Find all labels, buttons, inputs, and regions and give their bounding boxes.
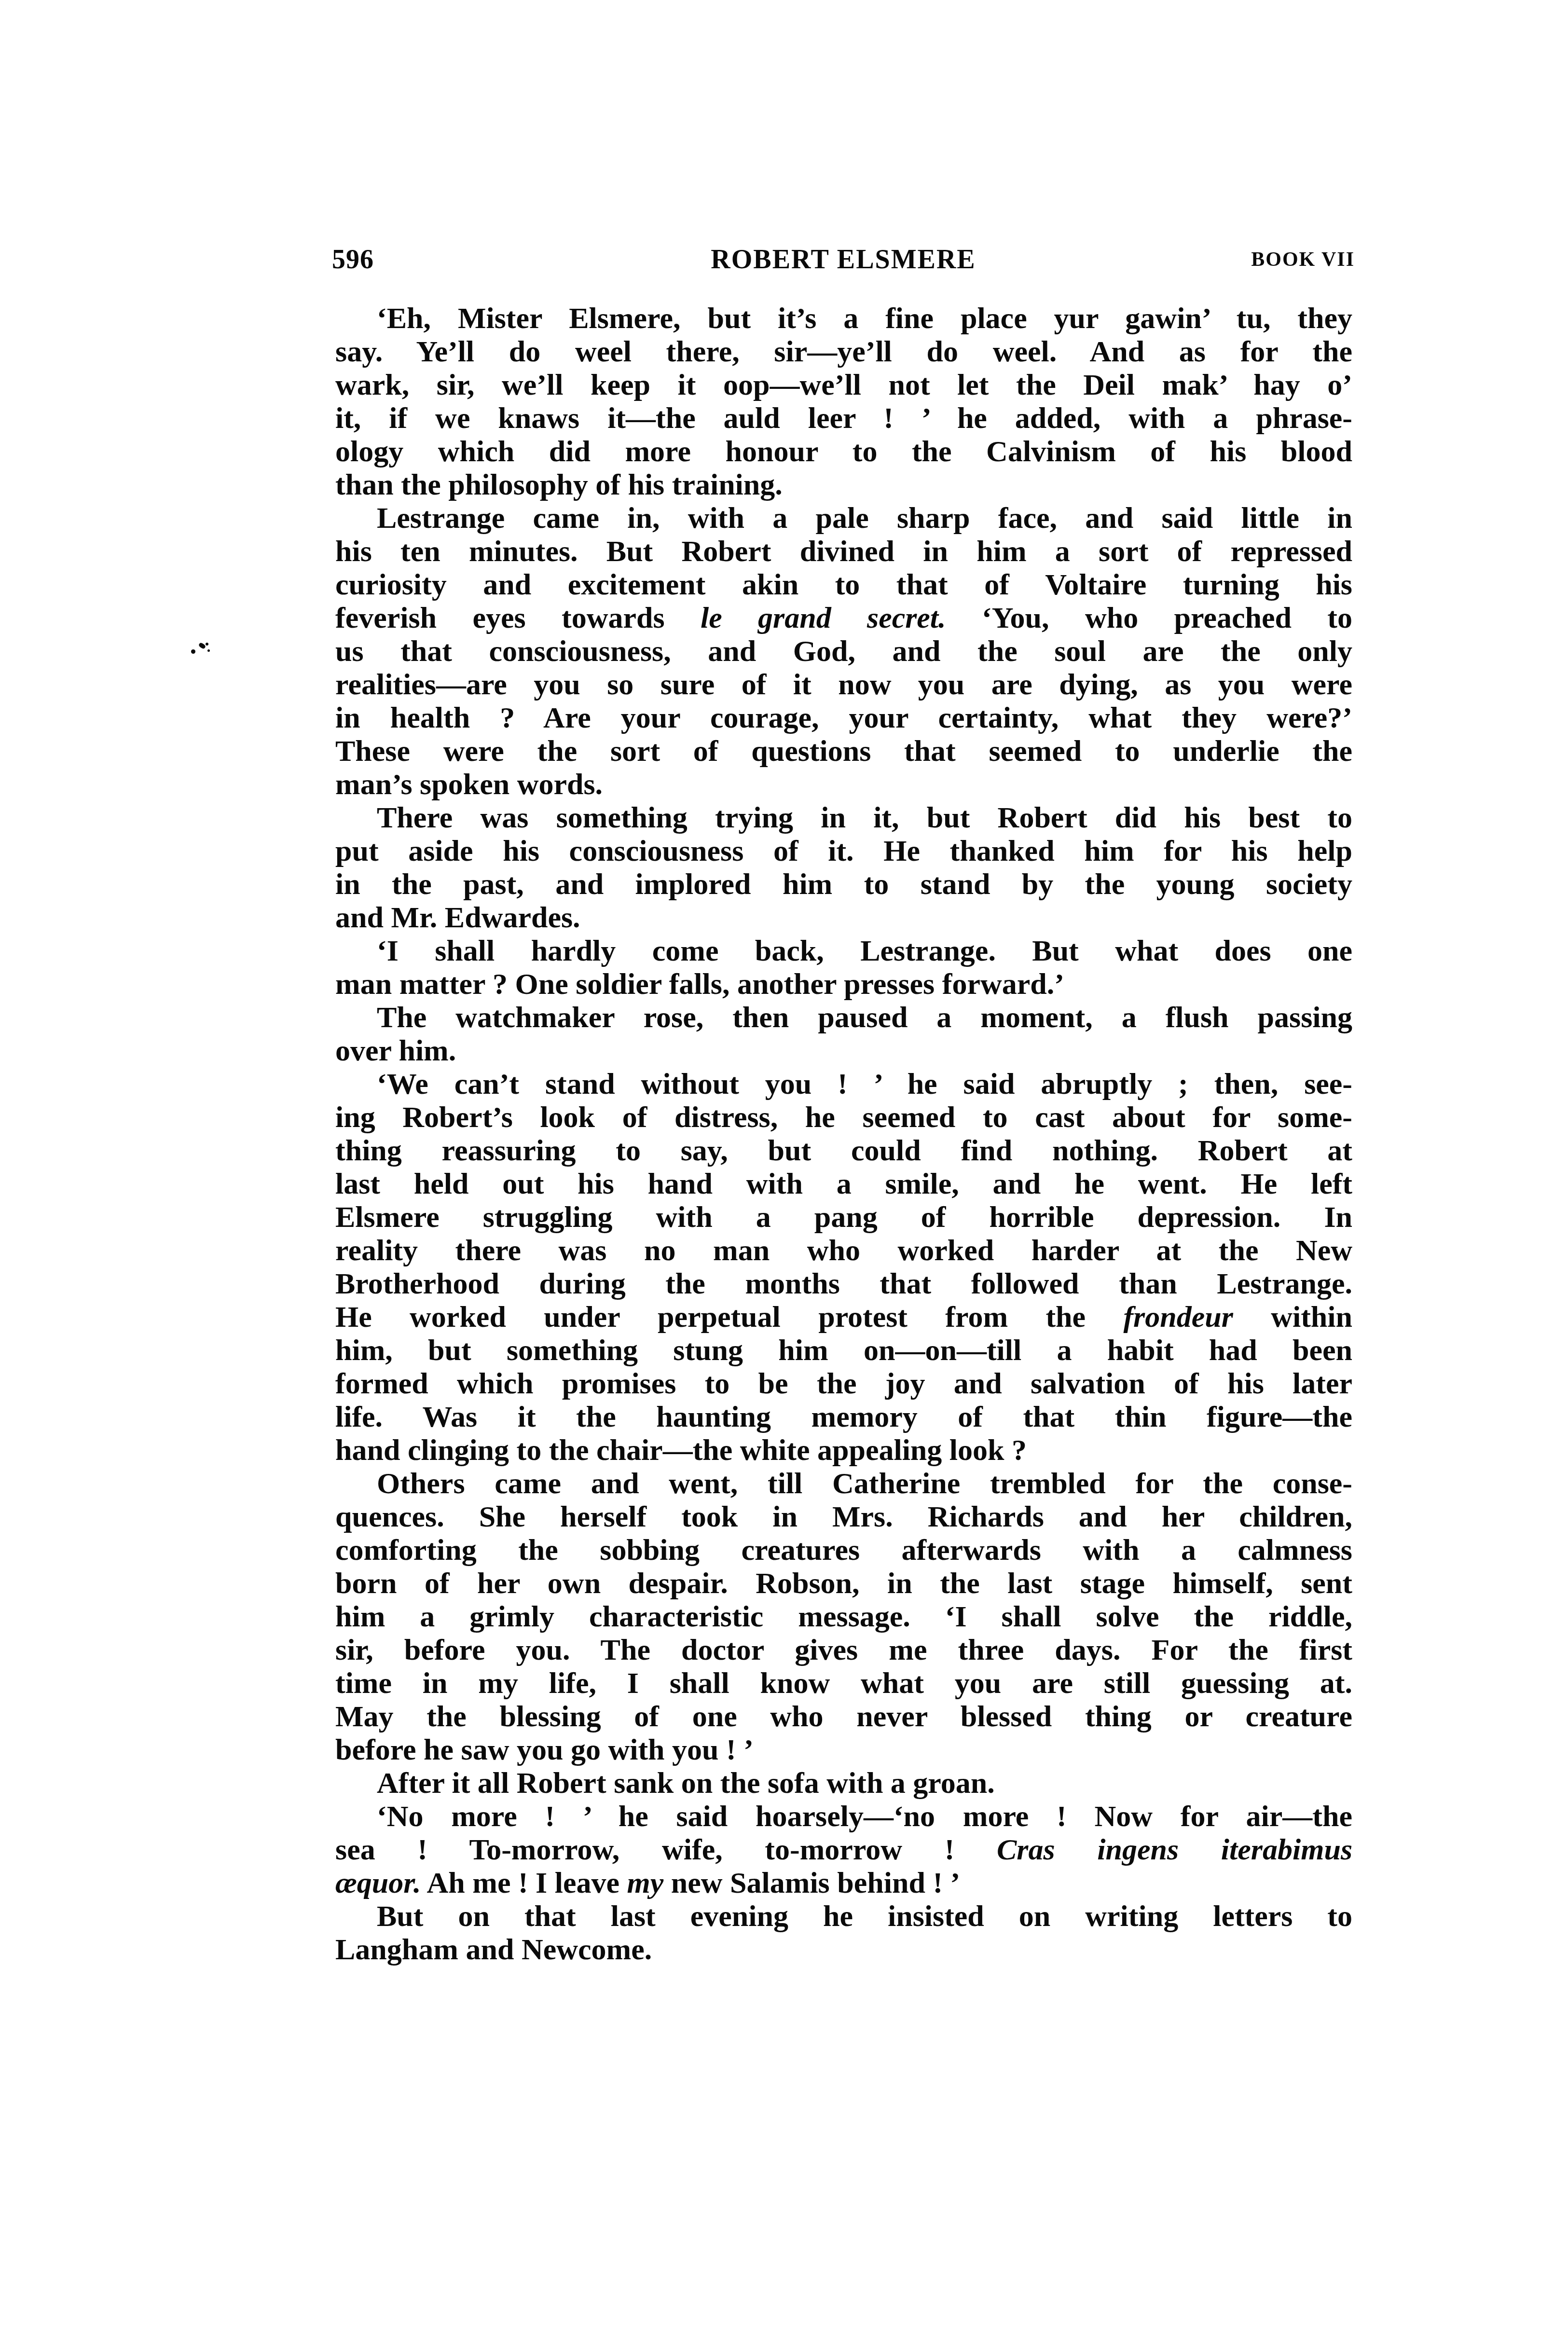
text-run: sea ! To-morrow, wife, to-morrow ! [335,1833,997,1866]
paragraph: ‘Eh, Mister Elsmere, but it’s a fine pla… [335,302,1352,502]
italic-text: le grand secret. [701,602,946,634]
text-run: man’s spoken words. [335,768,603,801]
text-run: in the past, and implored him to stand b… [335,868,1352,901]
text-line: it, if we knaws it—the auld leer ! ’ he … [335,402,1352,435]
text-line: him, but something stung him on—on—till … [335,1334,1352,1367]
text-line: wark, sir, we’ll keep it oop—we’ll not l… [335,369,1352,402]
text-line: But on that last evening he insisted on … [335,1900,1352,1933]
text-run: Brotherhood during the months that follo… [335,1267,1352,1300]
text-run: The watchmaker rose, then paused a momen… [377,1001,1352,1034]
text-line: thing reassuring to say, but could find … [335,1134,1352,1168]
text-run: time in my life, I shall know what you a… [335,1667,1352,1700]
text-run: hand clinging to the chair—the white app… [335,1434,1027,1467]
text-line: Langham and Newcome. [335,1933,1352,1967]
text-line: realities—are you so sure of it now you … [335,668,1352,701]
text-line: These were the sort of questions that se… [335,735,1352,768]
text-line: man’s spoken words. [335,768,1352,801]
text-line: over him. [335,1034,1352,1068]
text-run: Lestrange came in, with a pale sharp fac… [377,502,1352,535]
text-line: sea ! To-morrow, wife, to-morrow ! Cras … [335,1833,1352,1867]
text-line: sir, before you. The doctor gives me thr… [335,1634,1352,1667]
text-line: The watchmaker rose, then paused a momen… [335,1001,1352,1034]
body-text: ‘Eh, Mister Elsmere, but it’s a fine pla… [335,302,1352,1967]
paragraph: ‘We can’t stand without you ! ’ he said … [335,1068,1352,1467]
text-run: last held out his hand with a smile, and… [335,1168,1352,1200]
text-run: within [1233,1301,1352,1334]
text-run: These were the sort of questions that se… [335,735,1352,768]
text-line: born of her own despair. Robson, in the … [335,1567,1352,1600]
text-run: He worked under perpetual protest from t… [335,1301,1123,1334]
italic-text: frondeur [1123,1301,1233,1334]
text-line: us that consciousness, and God, and the … [335,635,1352,668]
text-line: Others came and went, till Catherine tre… [335,1467,1352,1500]
text-run: before he saw you go with you ! ’ [335,1733,754,1766]
text-line: ‘I shall hardly come back, Lestrange. Bu… [335,935,1352,968]
text-line: time in my life, I shall know what you a… [335,1667,1352,1700]
text-run: life. Was it the haunting memory of that… [335,1401,1352,1433]
text-line: Elsmere struggling with a pang of horrib… [335,1201,1352,1234]
text-line: say. Ye’ll do weel there, sir—ye’ll do w… [335,335,1352,369]
text-run: May the blessing of one who never blesse… [335,1700,1352,1733]
text-run: ‘I shall hardly come back, Lestrange. Bu… [377,935,1352,967]
text-line: Lestrange came in, with a pale sharp fac… [335,502,1352,535]
text-line: ‘We can’t stand without you ! ’ he said … [335,1068,1352,1101]
text-line: ing Robert’s look of distress, he seemed… [335,1101,1352,1134]
text-run: it, if we knaws it—the auld leer ! ’ he … [335,402,1352,435]
text-line: curiosity and excitement akin to that of… [335,568,1352,602]
text-line: æquor. Ah me ! I leave my new Salamis be… [335,1867,1352,1900]
text-line: quences. She herself took in Mrs. Richar… [335,1500,1352,1534]
text-run: Others came and went, till Catherine tre… [377,1467,1352,1500]
text-run: There was something trying in it, but Ro… [377,801,1352,834]
paragraph: Lestrange came in, with a pale sharp fac… [335,502,1352,801]
book-section: BOOK VII [1251,248,1355,271]
text-run: him, but something stung him on—on—till … [335,1334,1352,1367]
text-line: him a grimly characteristic message. ‘I … [335,1600,1352,1634]
text-run: man matter ? One soldier falls, another … [335,968,1064,1001]
text-line: hand clinging to the chair—the white app… [335,1434,1352,1467]
text-run: ‘Eh, Mister Elsmere, but it’s a fine pla… [377,302,1352,335]
text-line: his ten minutes. But Robert divined in h… [335,535,1352,568]
text-line: formed which promises to be the joy and … [335,1367,1352,1401]
paragraph: ‘I shall hardly come back, Lestrange. Bu… [335,935,1352,1001]
text-run: and Mr. Edwardes. [335,901,580,934]
text-line: reality there was no man who worked hard… [335,1234,1352,1267]
text-run: After it all Robert sank on the sofa wit… [377,1767,995,1800]
text-run: new Salamis behind ! ’ [663,1867,960,1899]
text-run: formed which promises to be the joy and … [335,1367,1352,1400]
italic-text: æquor. [335,1867,421,1899]
text-run: put aside his consciousness of it. He th… [335,835,1352,867]
text-line: May the blessing of one who never blesse… [335,1700,1352,1733]
text-run: him a grimly characteristic message. ‘I … [335,1600,1352,1633]
text-run: sir, before you. The doctor gives me thr… [335,1634,1352,1666]
text-run: thing reassuring to say, but could find … [335,1134,1352,1167]
text-run: than the philosophy of his training. [335,468,783,501]
text-line: put aside his consciousness of it. He th… [335,835,1352,868]
text-line: last held out his hand with a smile, and… [335,1168,1352,1201]
text-run: ‘You, who preached to [946,602,1352,634]
text-run: say. Ye’ll do weel there, sir—ye’ll do w… [335,335,1352,368]
running-title: ROBERT ELSMERE [332,244,1355,275]
text-line: ‘No more ! ’ he said hoarsely—‘no more !… [335,1800,1352,1833]
text-run: reality there was no man who worked hard… [335,1234,1352,1267]
paragraph: ‘No more ! ’ he said hoarsely—‘no more !… [335,1800,1352,1900]
italic-text: my [627,1867,664,1899]
text-line: After it all Robert sank on the sofa wit… [335,1767,1352,1800]
book-page: 596 ROBERT ELSMERE BOOK VII ‘Eh, Mister … [0,0,1568,2352]
text-run: realities—are you so sure of it now you … [335,668,1352,701]
text-run: ‘We can’t stand without you ! ’ he said … [377,1068,1352,1100]
paragraph: There was something trying in it, but Ro… [335,801,1352,935]
text-run: over him. [335,1034,456,1067]
text-line: ‘Eh, Mister Elsmere, but it’s a fine pla… [335,302,1352,335]
text-line: comforting the sobbing creatures afterwa… [335,1534,1352,1567]
text-run: in health ? Are your courage, your certa… [335,701,1352,734]
text-line: Brotherhood during the months that follo… [335,1267,1352,1301]
paragraph: But on that last evening he insisted on … [335,1900,1352,1967]
text-line: in health ? Are your courage, your certa… [335,701,1352,735]
text-run: ing Robert’s look of distress, he seemed… [335,1101,1352,1134]
text-line: There was something trying in it, but Ro… [335,801,1352,835]
text-run: us that consciousness, and God, and the … [335,635,1352,668]
text-line: He worked under perpetual protest from t… [335,1301,1352,1334]
text-run: Langham and Newcome. [335,1933,652,1966]
text-line: ology which did more honour to the Calvi… [335,435,1352,468]
text-run: Elsmere struggling with a pang of horrib… [335,1201,1352,1234]
paragraph: After it all Robert sank on the sofa wit… [335,1767,1352,1800]
text-line: and Mr. Edwardes. [335,901,1352,935]
text-run: his ten minutes. But Robert divined in h… [335,535,1352,568]
text-line: than the philosophy of his training. [335,468,1352,502]
text-line: in the past, and implored him to stand b… [335,868,1352,901]
text-line: feverish eyes towards le grand secret. ‘… [335,602,1352,635]
text-line: before he saw you go with you ! ’ [335,1733,1352,1767]
text-line: man matter ? One soldier falls, another … [335,968,1352,1001]
text-run: But on that last evening he insisted on … [377,1900,1352,1933]
text-run: quences. She herself took in Mrs. Richar… [335,1500,1352,1533]
text-run: feverish eyes towards [335,602,701,634]
text-run: ‘No more ! ’ he said hoarsely—‘no more !… [377,1800,1352,1833]
text-run: Ah me ! I leave [421,1867,627,1899]
text-run: ology which did more honour to the Calvi… [335,435,1352,468]
paragraph: Others came and went, till Catherine tre… [335,1467,1352,1767]
text-run: wark, sir, we’ll keep it oop—we’ll not l… [335,369,1352,401]
text-run: born of her own despair. Robson, in the … [335,1567,1352,1600]
italic-text: Cras ingens iterabimus [997,1833,1352,1866]
running-head: 596 ROBERT ELSMERE BOOK VII [332,244,1355,279]
paragraph: The watchmaker rose, then paused a momen… [335,1001,1352,1068]
text-line: life. Was it the haunting memory of that… [335,1401,1352,1434]
margin-speck-icon [189,641,218,655]
text-run: curiosity and excitement akin to that of… [335,568,1352,601]
text-run: comforting the sobbing creatures afterwa… [335,1534,1352,1567]
